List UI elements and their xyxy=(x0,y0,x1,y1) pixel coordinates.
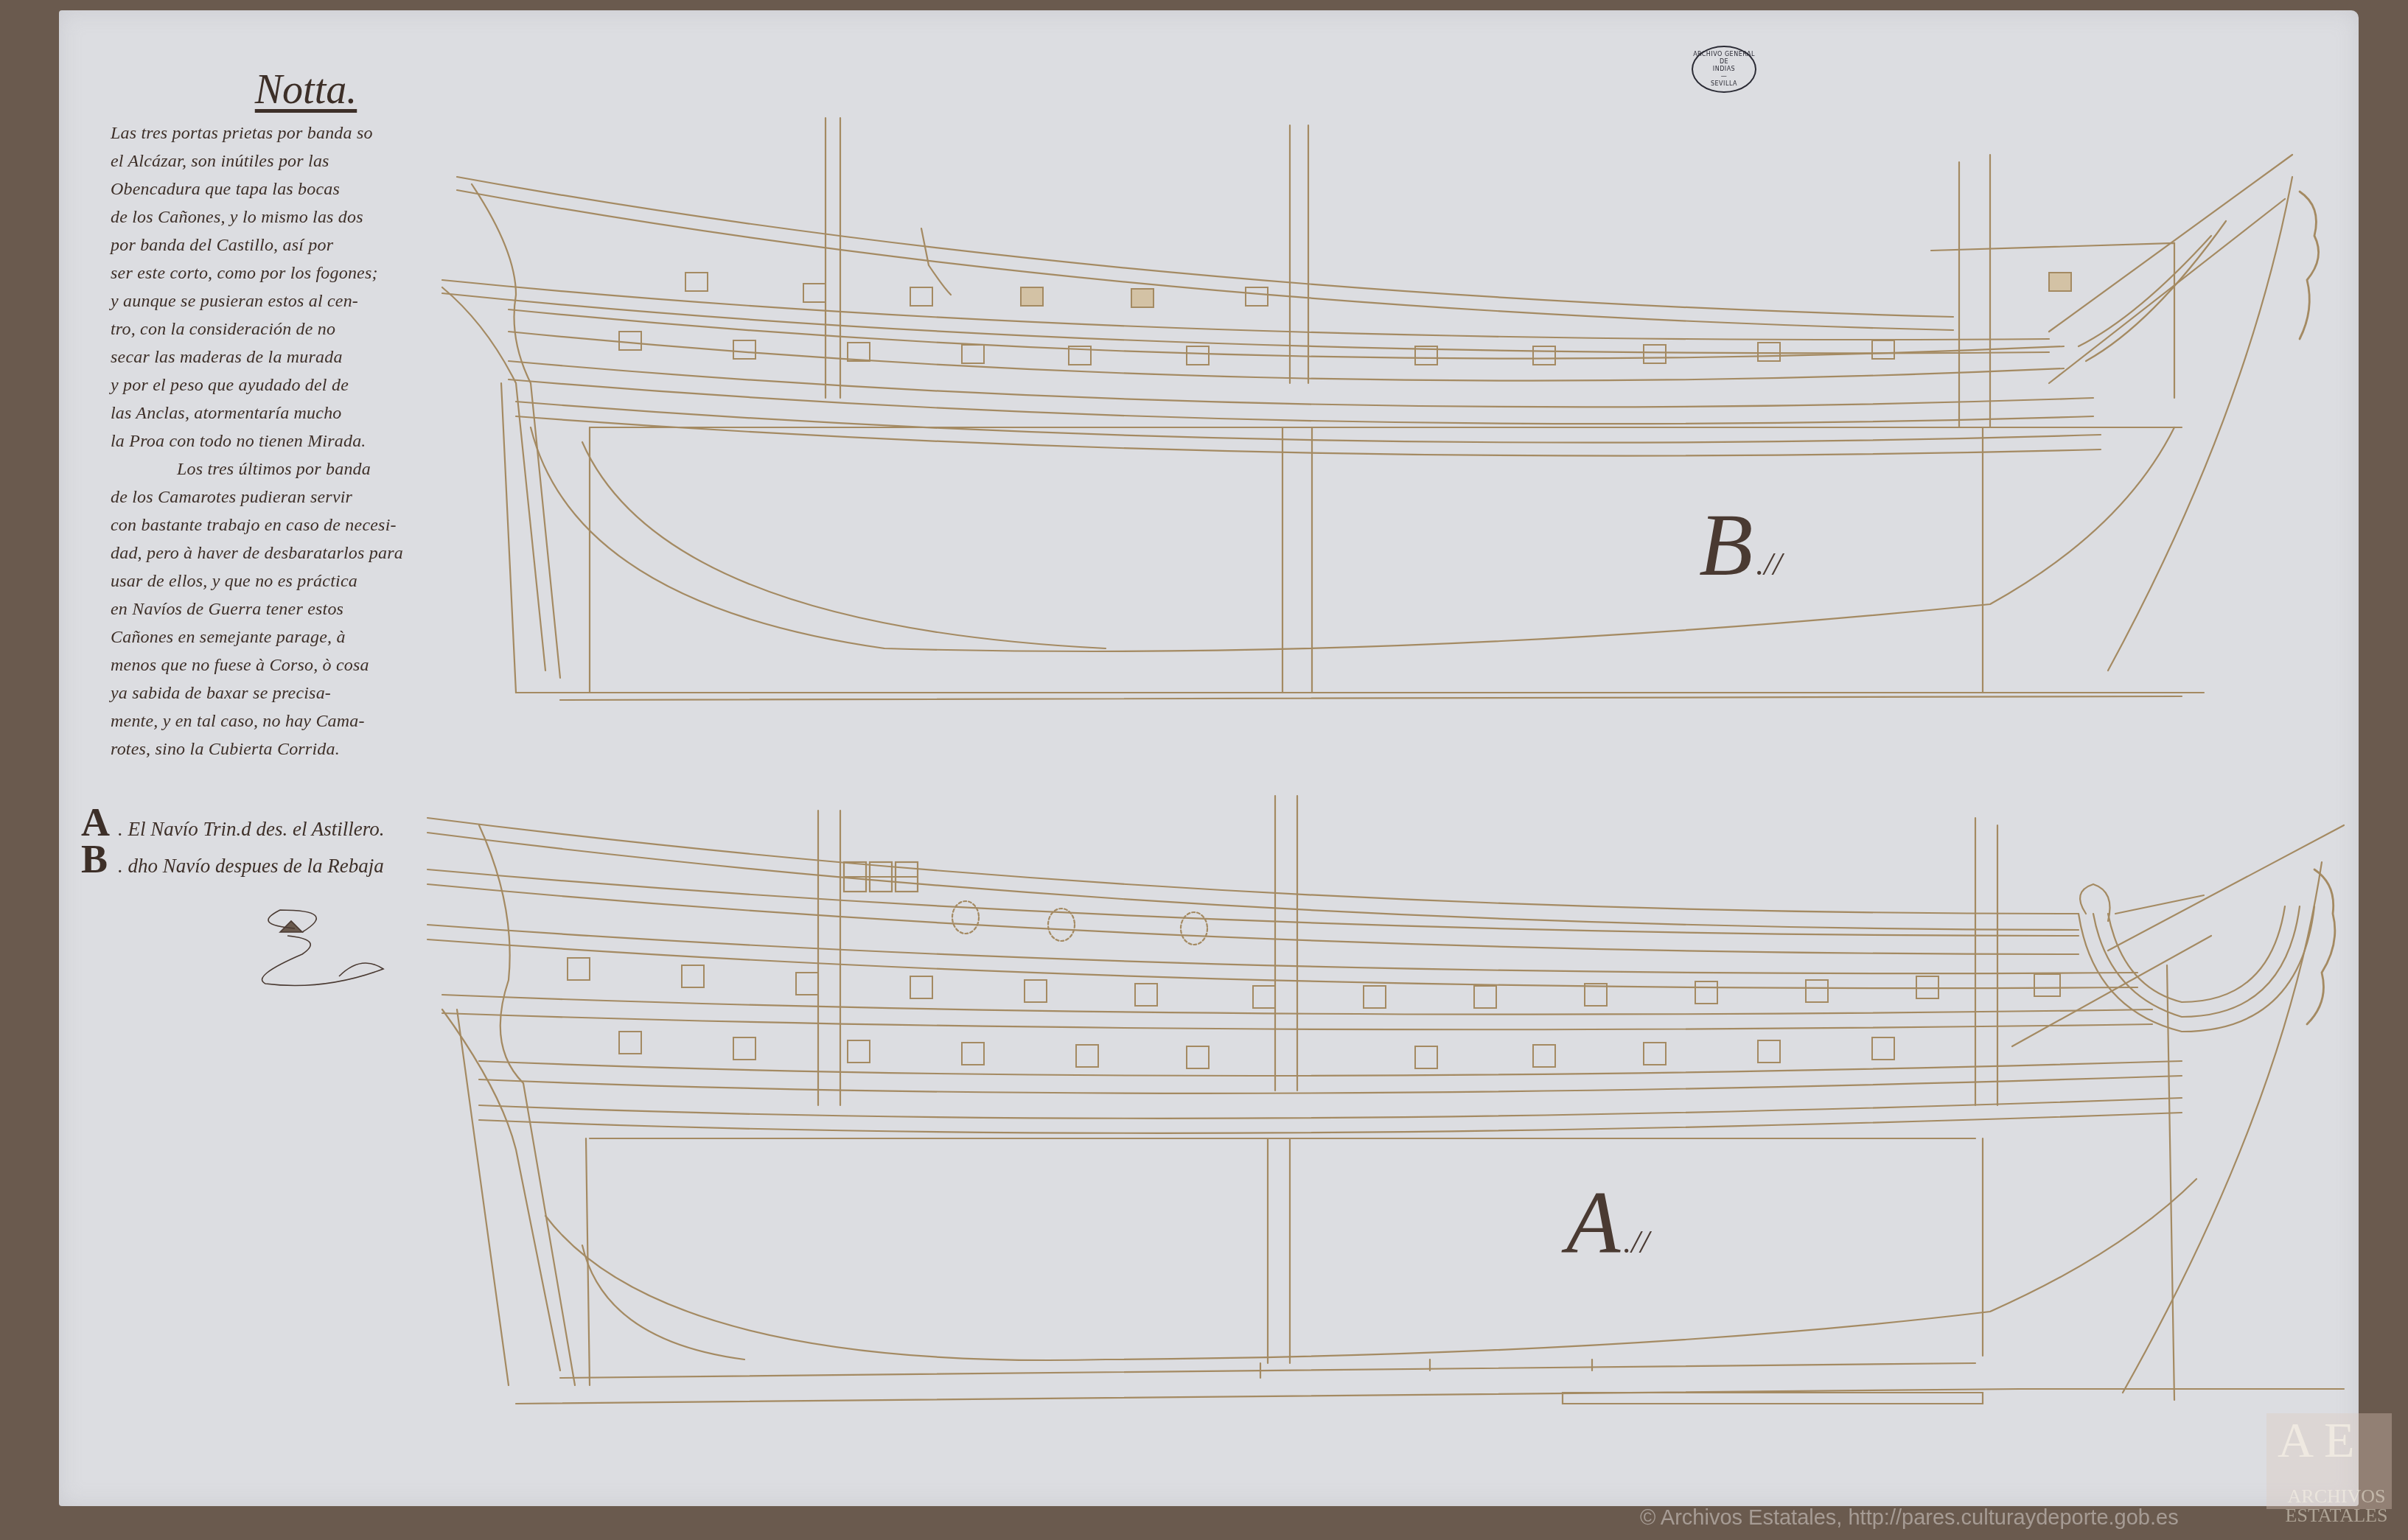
legend-item-b: B . dho Navío despues de la Rebaja xyxy=(81,836,385,873)
ship-a-mark: .// xyxy=(1623,1224,1649,1260)
note-line: la Proa con todo no tienen Mirada. xyxy=(111,427,457,455)
note-line: dad, pero à haver de desbaratarlos para xyxy=(111,539,457,567)
note-line: y por el peso que ayudado del de xyxy=(111,371,457,399)
ship-b-label: B.// xyxy=(1699,501,1782,589)
note-line: mente, y en tal caso, no hay Cama- xyxy=(111,707,457,735)
legend-letter: B xyxy=(81,836,114,882)
handwritten-note: Notta. Las tres portas prietas por banda… xyxy=(111,66,457,763)
note-line: por banda del Castillo, así por xyxy=(111,231,457,259)
ship-b-mark: .// xyxy=(1756,546,1781,582)
legend-text: . dho Navío despues de la Rebaja xyxy=(118,855,384,878)
note-line: Obencadura que tapa las bocas xyxy=(111,175,457,203)
note-line: el Alcázar, son inútiles por las xyxy=(111,147,457,175)
note-line: rotes, sino la Cubierta Corrida. xyxy=(111,735,457,763)
watermark-credit: © Archivos Estatales, http://pares.cultu… xyxy=(1640,1506,2179,1530)
ship-b-hull xyxy=(442,118,2319,700)
note-line: ya sabida de baxar se precisa- xyxy=(111,679,457,707)
stamp-line: DE xyxy=(1720,58,1728,66)
stamp-line: INDIAS xyxy=(1713,66,1735,73)
signature-flourish-icon xyxy=(236,895,398,991)
stamp-line: SEVILLA xyxy=(1711,80,1737,88)
note-line: secar las maderas de la murada xyxy=(111,343,457,371)
ship-a-label: A.// xyxy=(1566,1179,1650,1267)
note-line: usar de ellos, y que no es práctica xyxy=(111,567,457,595)
note-title: Notta. xyxy=(155,66,457,113)
stamp-line: — xyxy=(1721,73,1728,80)
ship-a-hull xyxy=(427,796,2344,1404)
note-line: Los tres últimos por banda xyxy=(111,455,457,483)
note-line: tro, con la consideración de no xyxy=(111,315,457,343)
note-line: en Navíos de Guerra tener estos xyxy=(111,595,457,623)
watermark-logo: AE xyxy=(2278,1411,2365,1469)
legend: A . El Navío Trin.d des. el Astillero. B… xyxy=(81,799,385,873)
note-line: con bastante trabajo en caso de necesi- xyxy=(111,511,457,539)
watermark-logo-caption: ARCHIVOS ESTATALES xyxy=(2278,1487,2395,1525)
note-line: las Anclas, atormentaría mucho xyxy=(111,399,457,427)
note-line: Cañones en semejante parage, à xyxy=(111,623,457,651)
note-line: Las tres portas prietas por banda so xyxy=(111,119,457,147)
legend-text: . El Navío Trin.d des. el Astillero. xyxy=(118,818,385,841)
ship-a-letter: A xyxy=(1566,1174,1620,1272)
stamp-line: ARCHIVO GENERAL xyxy=(1693,51,1755,58)
archive-stamp: ARCHIVO GENERAL DE INDIAS — SEVILLA xyxy=(1692,46,1756,93)
watermark-caption-line: ESTATALES xyxy=(2278,1506,2395,1525)
note-line: y aunque se pusieran estos al cen- xyxy=(111,287,457,315)
note-line: de los Camarotes pudieran servir xyxy=(111,483,457,511)
ship-b-letter: B xyxy=(1699,496,1753,594)
note-line: de los Cañones, y lo mismo las dos xyxy=(111,203,457,231)
watermark-caption-line: ARCHIVOS xyxy=(2278,1487,2395,1506)
note-line: menos que no fuese à Corso, ò cosa xyxy=(111,651,457,679)
legend-item-a: A . El Navío Trin.d des. el Astillero. xyxy=(81,799,385,836)
note-line: ser este corto, como por los fogones; xyxy=(111,259,457,287)
